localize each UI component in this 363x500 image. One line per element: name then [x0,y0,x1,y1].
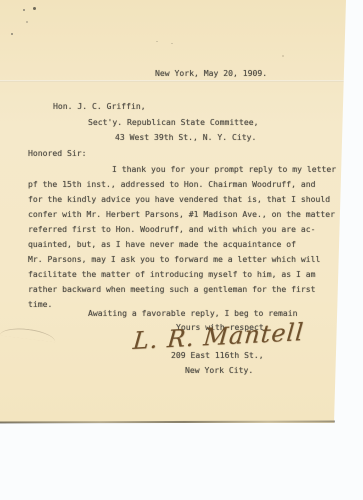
letter-body: I thank you for your prompt reply to my … [28,162,346,312]
sender-street: 209 East 116th St., [171,350,264,360]
body-line: Mr. Parsons, may I ask you to forward me… [28,252,346,267]
recipient-title: Sect'y. Republican State Committee, [88,117,259,127]
date-line: New York, May 20, 1909. [155,68,267,78]
closing-line: Awaiting a favorable reply, I beg to rem… [88,308,298,318]
body-line: for the kindly advice you have vendered … [28,192,346,207]
body-line: referred first to Hon. Woodruff, and wit… [28,222,346,237]
scanned-letter: New York, May 20, 1909. Hon. J. C. Griff… [0,0,363,500]
paper-edge-shadow [0,421,335,424]
paper-speck [26,21,28,23]
recipient-address: 43 West 39th St., N. Y. City. [115,132,256,142]
sender-city: New York City. [185,365,253,375]
salutation: Honored Sir: [28,148,86,158]
body-line: pf the 15th inst., addressed to Hon. Cha… [28,177,346,192]
recipient-name: Hon. J. C. Griffin, [53,101,146,111]
body-line: quainted, but, as I have never made the … [28,237,346,252]
letter-paper: New York, May 20, 1909. Hon. J. C. Griff… [0,0,349,423]
paper-speck [11,33,13,35]
body-line: rather backward when meeting such a gent… [28,282,346,297]
paper-speck [33,7,36,10]
pencil-smudge [0,326,56,343]
body-line: I thank you for your prompt reply to my … [28,162,346,177]
paper-speck [282,55,284,57]
paper-speck [23,9,25,11]
paper-speck [171,43,173,44]
paper-speck [156,41,158,42]
body-line: facilitate the matter of introducing mys… [28,267,346,282]
paper-fold-crease [0,80,346,82]
body-line: confer with Mr. Herbert Parsons, #1 Madi… [28,207,346,222]
